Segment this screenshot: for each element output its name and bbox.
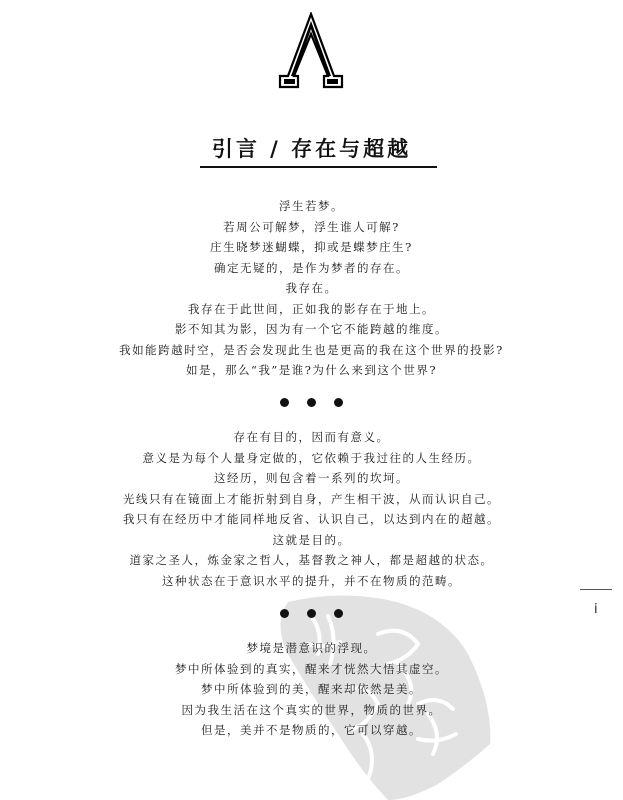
bullet-dot-icon: [280, 398, 289, 407]
verse-line: 这经历，则包含着一系列的坎坷。: [0, 468, 623, 489]
verse-line: 道家之圣人，炼金家之哲人，基督教之神人，都是超越的状态。: [0, 550, 623, 571]
verse-line: 梦境是潜意识的浮现。: [0, 638, 623, 659]
verse-line: 因为我生活在这个真实的世界，物质的世界。: [0, 700, 623, 721]
section-separator: [0, 603, 623, 615]
page-title: 引言 / 存在与超越: [0, 133, 623, 163]
verse-line: 浮生若梦。: [0, 196, 623, 217]
bullet-dot-icon: [280, 609, 289, 618]
verse-line: 但是，美并不是物质的，它可以穿越。: [0, 720, 623, 741]
verse-line: 我只有在经历中才能同样地反省、认识自己，以达到内在的超越。: [0, 509, 623, 530]
bullet-dot-icon: [334, 609, 343, 618]
verse-line: 这种状态在于意识水平的提升，并不在物质的范畴。: [0, 571, 623, 592]
verse-line: 影不知其为影，因为有一个它不能跨越的维度。: [0, 319, 623, 340]
verse-line: 确定无疑的，是作为梦者的存在。: [0, 258, 623, 279]
verse-line: 梦中所体验到的真实，醒来才恍然大悟其虚空。: [0, 659, 623, 680]
bullet-dot-icon: [307, 609, 316, 618]
verse-line: 光线只有在镜面上才能折射到自身，产生相干波，从而认识自己。: [0, 489, 623, 510]
lambda-emblem-icon: [276, 12, 346, 90]
verse-line: 我存在。: [0, 278, 623, 299]
verse-line: 意义是为每个人量身定做的，它依赖于我过往的人生经历。: [0, 448, 623, 469]
verse-line: 庄生晓梦迷蝴蝶，抑或是蝶梦庄生?: [0, 237, 623, 258]
verse-section-3: 梦境是潜意识的浮现。 梦中所体验到的真实，醒来才恍然大悟其虚空。 梦中所体验到的…: [0, 638, 623, 741]
title-underline: [200, 166, 437, 168]
verse-line: 梦中所体验到的美，醒来却依然是美。: [0, 679, 623, 700]
verse-line: 我存在于此世间，正如我的影存在于地上。: [0, 299, 623, 320]
verse-section-1: 浮生若梦。 若周公可解梦，浮生谁人可解? 庄生晓梦迷蝴蝶，抑或是蝶梦庄生? 确定…: [0, 196, 623, 381]
section-separator: [0, 392, 623, 404]
bullet-dot-icon: [307, 398, 316, 407]
verse-line: 我如能跨越时空，是否会发现此生也是更高的我在这个世界的投影?: [0, 340, 623, 361]
verse-section-2: 存在有目的，因而有意义。 意义是为每个人量身定做的，它依赖于我过往的人生经历。 …: [0, 427, 623, 591]
verse-line: 若周公可解梦，浮生谁人可解?: [0, 217, 623, 238]
bullet-dot-icon: [334, 398, 343, 407]
verse-line: 如是，那么“我”是谁?为什么来到这个世界?: [0, 360, 623, 381]
verse-line: 这就是目的。: [0, 530, 623, 551]
verse-line: 存在有目的，因而有意义。: [0, 427, 623, 448]
